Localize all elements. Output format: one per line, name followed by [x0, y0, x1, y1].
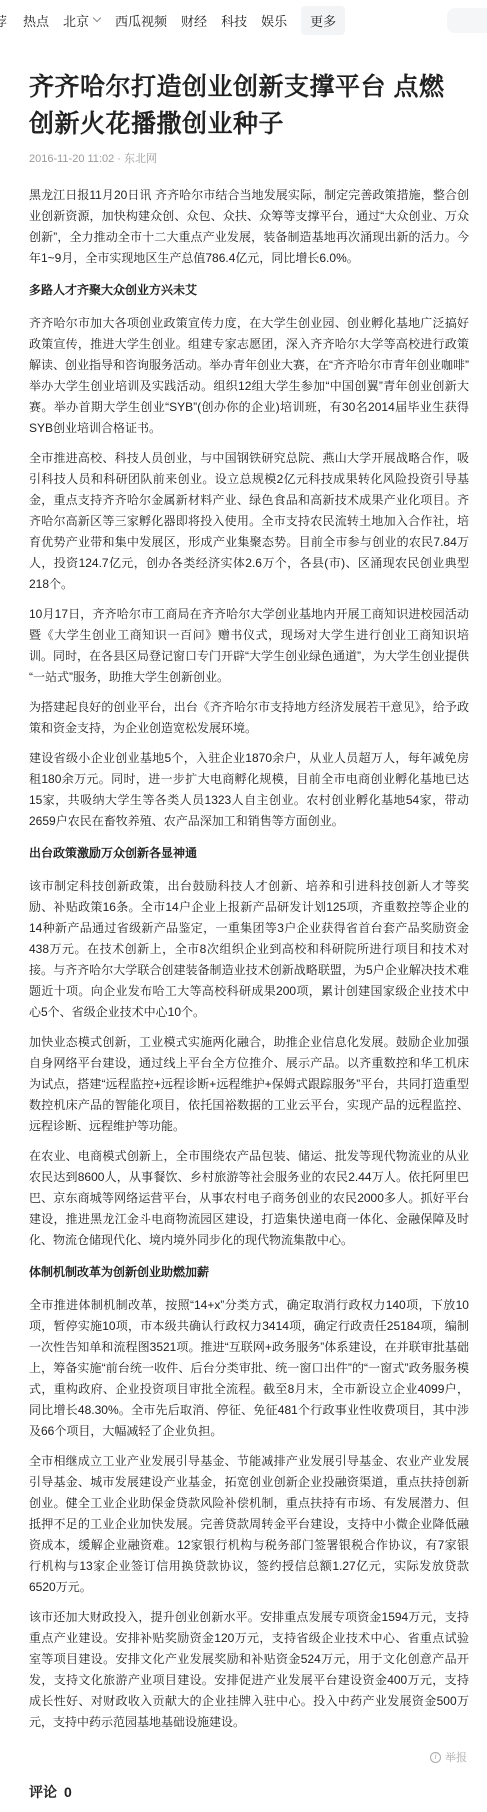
- search-box[interactable]: [447, 8, 487, 33]
- article-paragraph: 全市相继成立工业产业发展引导基金、节能减排产业发展引导基金、农业产业发展引导基金…: [29, 1451, 469, 1598]
- nav-item-label: 西瓜视频: [115, 11, 167, 30]
- article-paragraph: 加快业态模式创新，工业模式实施两化融合，助推企业信息化发展。鼓励企业加强自身网络…: [29, 1032, 469, 1137]
- article-paragraph: 在农业、电商模式创新上，全市围绕农产品包装、储运、批发等现代物流业的从业农民达到…: [29, 1146, 469, 1251]
- article-paragraph: 建设省级小企业创业基地5个，入驻企业1870余户，从业人员超万人，每年减免房租1…: [29, 748, 469, 832]
- nav-item-xigua-video[interactable]: 西瓜视频: [115, 11, 167, 30]
- report-row: i 举报: [0, 1749, 487, 1765]
- article-paragraph: 为搭建起良好的创业平台，出台《齐齐哈尔市支持地方经济发展若干意见》，给予政策和资…: [29, 697, 469, 739]
- nav-item-label: 荐: [0, 11, 7, 30]
- nav-item-finance[interactable]: 财经: [181, 11, 207, 30]
- top-nav: 荐 热点 北京 西瓜视频 财经 科技 娱乐 更多: [0, 0, 487, 40]
- article-paragraph: 全市推进体制机制改革，按照“14+x”分类方式，确定取消行政权力140项，下放1…: [29, 1295, 469, 1442]
- article-paragraph: 该市制定科技创新政策，出台鼓励科技人才创新、培养和引进科技创新人才等奖励、补贴政…: [29, 876, 469, 1023]
- nav-item-edge-clipped[interactable]: 荐: [0, 11, 9, 30]
- comments-count: 0: [64, 1784, 72, 1800]
- article-paragraph: 全市推进高校、科技人员创业，与中国钢铁研究总院、燕山大学开展战略合作，吸引科技人…: [29, 448, 469, 595]
- nav-item-label: 财经: [181, 11, 207, 30]
- nav-item-hotspot[interactable]: 热点: [23, 11, 49, 30]
- nav-item-label: 娱乐: [261, 11, 287, 30]
- section-heading: 多路人才齐聚大众创业方兴未艾: [29, 280, 469, 301]
- nav-item-beijing[interactable]: 北京: [63, 11, 101, 30]
- article-paragraph: 10月17日，齐齐哈尔市工商局在齐齐哈尔大学创业基地内开展工商知识进校园活动暨《…: [29, 604, 469, 688]
- comments-section-header: 评论 0: [0, 1782, 487, 1812]
- article: 齐齐哈尔打造创业创新支撑平台 点燃创新火花播撒创业种子 2016-11-20 1…: [0, 69, 487, 1733]
- nav-item-label: 更多: [310, 11, 336, 30]
- section-heading: 出台政策激励万众创新各显神通: [29, 843, 469, 864]
- nav-item-entertainment[interactable]: 娱乐: [261, 11, 287, 30]
- info-circle-icon: i: [430, 1752, 441, 1763]
- report-label: 举报: [445, 1749, 467, 1765]
- nav-item-more[interactable]: 更多: [301, 6, 345, 35]
- chevron-down-icon: [93, 15, 101, 23]
- nav-item-tech[interactable]: 科技: [221, 11, 247, 30]
- nav-item-label: 北京: [63, 11, 89, 30]
- nav-item-label: 热点: [23, 11, 49, 30]
- article-meta: 2016-11-20 11:02 · 东北网: [29, 150, 469, 166]
- article-body: 黑龙江日报11月20日讯 齐齐哈尔市结合当地发展实际，制定完善政策措施，整合创业…: [29, 185, 469, 1733]
- comments-label: 评论: [29, 1782, 57, 1802]
- article-paragraph: 齐齐哈尔市加大各项创业政策宣传力度，在大学生创业园、创业孵化基地广泛搞好政策宣传…: [29, 313, 469, 439]
- page-title: 齐齐哈尔打造创业创新支撑平台 点燃创新火花播撒创业种子: [29, 69, 469, 143]
- nav-item-label: 科技: [221, 11, 247, 30]
- article-paragraph: 该市还加大财政投入，提升创业创新水平。安排重点发展专项资金1594万元，支持重点…: [29, 1607, 469, 1733]
- article-paragraph: 黑龙江日报11月20日讯 齐齐哈尔市结合当地发展实际，制定完善政策措施，整合创业…: [29, 185, 469, 269]
- section-heading: 体制机制改革为创新创业助燃加薪: [29, 1262, 469, 1283]
- report-button[interactable]: i 举报: [430, 1749, 467, 1765]
